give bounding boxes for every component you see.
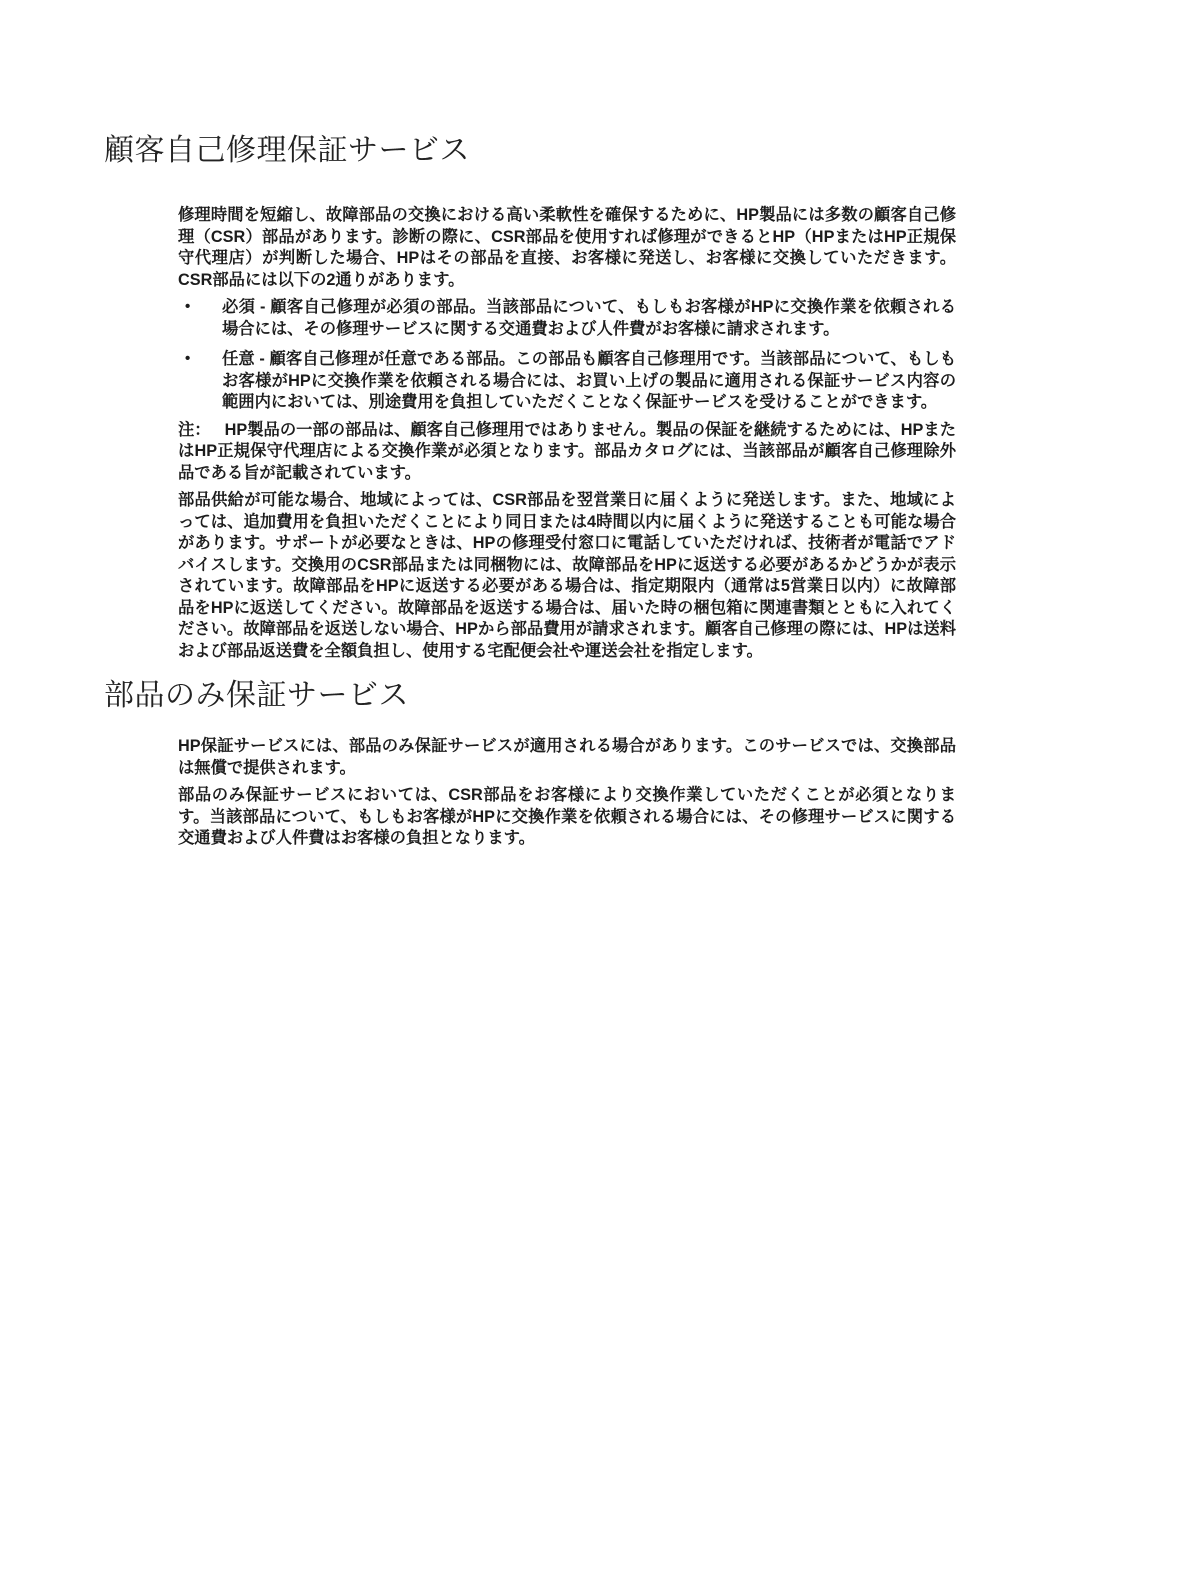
csr-shipping-paragraph: 部品供給が可能な場合、地域によっては、CSR部品を翌営業日に届くように発送します…: [178, 490, 956, 662]
section-customer-self-repair: 顧客自己修理保証サービス 修理時間を短縮し、故障部品の交換における高い柔軟性を確…: [104, 133, 1190, 662]
parts-only-section-heading: 部品のみ保証サービス: [104, 678, 1190, 714]
csr-note-paragraph: 注：HP製品の一部の部品は、顧客自己修理用ではありません。製品の保証を継続するた…: [178, 420, 956, 485]
list-item: • 任意 - 顧客自己修理が任意である部品。この部品も顧客自己修理用です。当該部…: [178, 349, 956, 414]
csr-optional-item-text: 任意 - 顧客自己修理が任意である部品。この部品も顧客自己修理用です。当該部品に…: [222, 350, 956, 411]
section-parts-only-warranty: 部品のみ保証サービス HP保証サービスには、部品のみ保証サービスが適用される場合…: [104, 678, 1190, 850]
csr-intro-paragraph: 修理時間を短縮し、故障部品の交換における高い柔軟性を確保するために、HP製品には…: [178, 205, 956, 291]
bullet-icon: •: [185, 348, 190, 370]
csr-mandatory-item-text: 必須 - 顧客自己修理が必須の部品。当該部品について、もしもお客様がHPに交換作…: [222, 298, 956, 338]
parts-only-paragraph-2: 部品のみ保証サービスにおいては、CSR部品をお客様により交換作業していただくこと…: [178, 785, 956, 850]
csr-section-heading: 顧客自己修理保証サービス: [104, 133, 1190, 169]
parts-only-section-body: HP保証サービスには、部品のみ保証サービスが適用される場合があります。このサービ…: [178, 736, 956, 850]
csr-section-body: 修理時間を短縮し、故障部品の交換における高い柔軟性を確保するために、HP製品には…: [178, 205, 956, 662]
document-page: 顧客自己修理保証サービス 修理時間を短縮し、故障部品の交換における高い柔軟性を確…: [0, 0, 1190, 1584]
list-item: • 必須 - 顧客自己修理が必須の部品。当該部品について、もしもお客様がHPに交…: [178, 297, 956, 340]
parts-only-paragraph-1: HP保証サービスには、部品のみ保証サービスが適用される場合があります。このサービ…: [178, 736, 956, 779]
note-label: 注：: [178, 420, 211, 442]
note-text: HP製品の一部の部品は、顧客自己修理用ではありません。製品の保証を継続するために…: [178, 421, 956, 482]
csr-part-types-list: • 必須 - 顧客自己修理が必須の部品。当該部品について、もしもお客様がHPに交…: [178, 297, 956, 414]
bullet-icon: •: [185, 296, 190, 318]
